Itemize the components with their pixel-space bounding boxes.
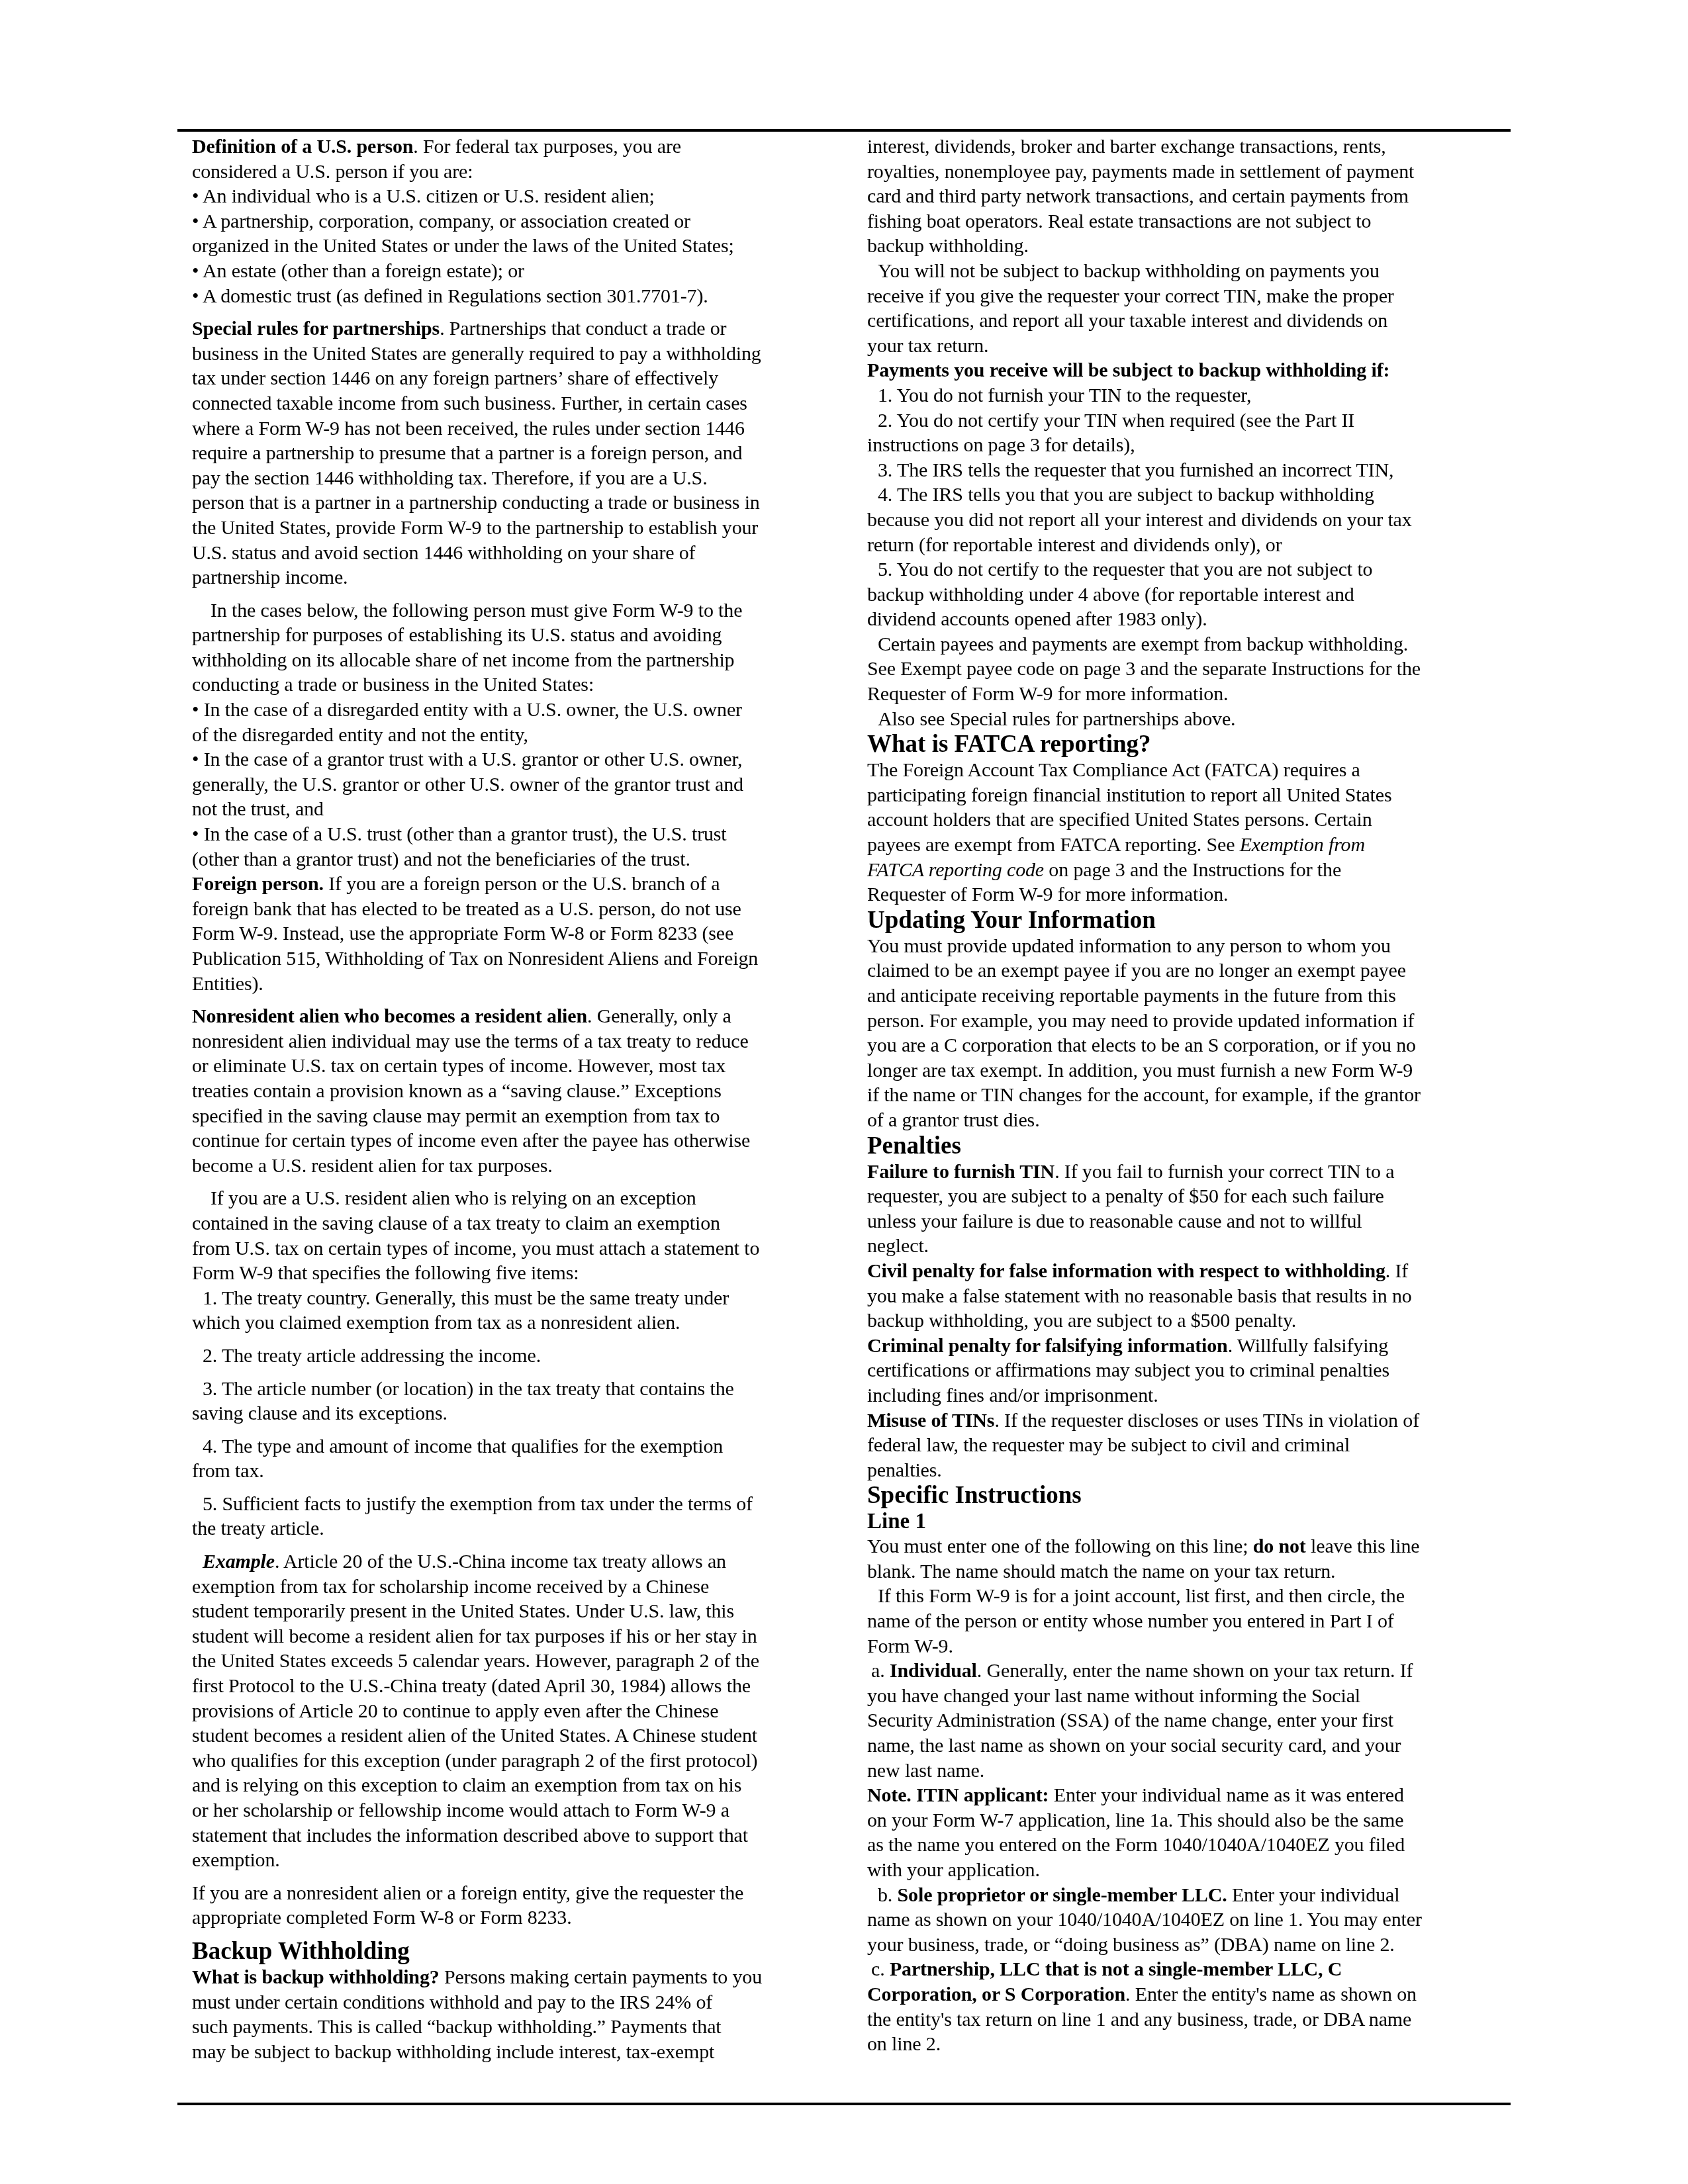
text: . If the requester discloses or uses TIN… — [994, 1410, 1419, 1432]
text-line: interest, dividends, broker and barter e… — [867, 134, 1519, 159]
text-line: if the name or TIN changes for the accou… — [867, 1083, 1519, 1108]
text-line: person. For example, you may need to pro… — [867, 1009, 1519, 1034]
text-line: contained in the saving clause of a tax … — [192, 1211, 844, 1236]
text-line: claimed to be an exempt payee if you are… — [867, 958, 1519, 983]
text-line: certifications or affirmations may subje… — [867, 1358, 1519, 1383]
exempt-section: Certain payees and payments are exempt f… — [867, 632, 1519, 731]
text-line: participating foreign financial institut… — [867, 783, 1519, 808]
text-line: of a grantor trust dies. — [867, 1108, 1519, 1133]
right-column: interest, dividends, broker and barter e… — [867, 134, 1519, 2057]
text-line: become a U.S. resident alien for tax pur… — [192, 1154, 844, 1179]
bullet-item: • An individual who is a U.S. citizen or… — [192, 184, 844, 209]
text-line: name of the person or entity whose numbe… — [867, 1609, 1519, 1634]
text-line: treaties contain a provision known as a … — [192, 1079, 844, 1104]
line1-heading: Line 1 — [867, 1509, 1519, 1534]
text: . Generally, only a — [587, 1005, 731, 1027]
sole-proprietor-section: b. Sole proprietor or single-member LLC.… — [867, 1883, 1519, 1958]
updating-heading: Updating Your Information — [867, 907, 1519, 934]
text-line: Requester of Form W-9 for more informati… — [867, 882, 1519, 907]
numbered-item: 1. You do not furnish your TIN to the re… — [867, 383, 1519, 408]
text-line: considered a U.S. person if you are: — [192, 159, 844, 185]
do-not-emphasis: do not — [1253, 1535, 1306, 1557]
text-line: saving clause and its exceptions. — [192, 1401, 844, 1426]
text-line: student will become a resident alien for… — [192, 1624, 844, 1649]
text-line: including fines and/or imprisonment. — [867, 1383, 1519, 1408]
text-line: the entity's tax return on line 1 and an… — [867, 2007, 1519, 2032]
numbered-item: 3. The IRS tells the requester that you … — [867, 458, 1519, 483]
text-line: connected taxable income from such busin… — [192, 391, 844, 416]
text-line: Also see Special rules for partnerships … — [867, 707, 1519, 732]
text: Persons making certain payments to you — [440, 1966, 762, 1988]
misuse-title: Misuse of TINs — [867, 1410, 994, 1432]
text-line: person that is a partner in a partnershi… — [192, 490, 844, 516]
text-line: require a partnership to presume that a … — [192, 441, 844, 466]
text-line: tax under section 1446 on any foreign pa… — [192, 366, 844, 391]
example-section: Example. Article 20 of the U.S.-China in… — [192, 1549, 844, 1873]
text: You must enter one of the following on t… — [867, 1535, 1253, 1557]
text-line: on your Form W-7 application, line 1a. T… — [867, 1808, 1519, 1833]
text-line: from tax. — [192, 1459, 844, 1484]
numbered-item: 2. You do not certify your TIN when requ… — [867, 408, 1519, 433]
bullet-item: • A partnership, corporation, company, o… — [192, 209, 844, 234]
text-line: you have changed your last name without … — [867, 1684, 1519, 1709]
text: If you are a foreign person or the U.S. … — [324, 873, 720, 895]
subject-items: 1. You do not furnish your TIN to the re… — [867, 383, 1519, 632]
text-line: return (for reportable interest and divi… — [867, 533, 1519, 558]
text-line: partnership income. — [192, 565, 844, 590]
misuse-section: Misuse of TINs. If the requester disclos… — [867, 1408, 1519, 1483]
criminal-section: Criminal penalty for falsifying informat… — [867, 1334, 1519, 1408]
text-line: first Protocol to the U.S.-China treaty … — [192, 1674, 844, 1699]
text: . For federal tax purposes, you are — [413, 136, 681, 158]
text-line: Form W-9. Instead, use the appropriate F… — [192, 921, 844, 946]
text-line: If you are a nonresident alien or a fore… — [192, 1881, 844, 1906]
text-line: account holders that are specified Unite… — [867, 807, 1519, 833]
text: . Partnerships that conduct a trade or — [440, 318, 726, 340]
text: . If you fail to furnish your correct TI… — [1055, 1161, 1394, 1183]
text: c. — [871, 1958, 890, 1980]
text-line: specified in the saving clause may permi… — [192, 1104, 844, 1129]
civil-title: Civil penalty for false information with… — [867, 1260, 1385, 1282]
text-line: If you are a U.S. resident alien who is … — [192, 1186, 844, 1211]
partnerships-section: Special rules for partnerships. Partners… — [192, 316, 844, 590]
text-line: partnership for purposes of establishing… — [192, 623, 844, 648]
text-line: exemption from tax for scholarship incom… — [192, 1574, 844, 1600]
updating-section: You must provide updated information to … — [867, 934, 1519, 1133]
text-line: or her scholarship or fellowship income … — [192, 1798, 844, 1823]
backup-continued: interest, dividends, broker and barter e… — [867, 134, 1519, 259]
penalties-heading: Penalties — [867, 1133, 1519, 1160]
text-line: requester, you are subject to a penalty … — [867, 1184, 1519, 1209]
text: . Generally, enter the name shown on you… — [977, 1660, 1413, 1682]
failure-section: Failure to furnish TIN. If you fail to f… — [867, 1160, 1519, 1259]
text-line: you are a C corporation that elects to b… — [867, 1033, 1519, 1058]
text-line: statement that includes the information … — [192, 1823, 844, 1848]
partnership-llc-title: Partnership, LLC that is not a single-me… — [890, 1958, 1342, 1980]
text-line: your business, trade, or “doing business… — [867, 1933, 1519, 1958]
sole-proprietor-title: Sole proprietor or single-member LLC. — [898, 1884, 1227, 1906]
fatca-section: The Foreign Account Tax Compliance Act (… — [867, 758, 1519, 907]
text-line: appropriate completed Form W-8 or Form 8… — [192, 1905, 844, 1931]
text: a. — [871, 1660, 890, 1682]
text-line: provisions of Article 20 to continue to … — [192, 1699, 844, 1724]
text-line: on line 2. — [867, 2032, 1519, 2057]
not-subject-section: You will not be subject to backup withho… — [867, 259, 1519, 358]
text: . Enter the entity's name as shown on — [1125, 1983, 1417, 2005]
text-line: (other than a grantor trust) and not the… — [192, 847, 844, 872]
numbered-item: 4. The IRS tells you that you are subjec… — [867, 482, 1519, 508]
text-line: continue for certain types of income eve… — [192, 1128, 844, 1154]
left-column: Definition of a U.S. person. For federal… — [192, 134, 844, 2064]
backup-withholding-heading: Backup Withholding — [192, 1938, 844, 1965]
bullet-item: • In the case of a grantor trust with a … — [192, 747, 844, 772]
text: . Article 20 of the U.S.-China income ta… — [275, 1551, 726, 1572]
text-line: Security Administration (SSA) of the nam… — [867, 1708, 1519, 1733]
numbered-item: 2. The treaty article addressing the inc… — [192, 1343, 844, 1369]
text-line: with your application. — [867, 1858, 1519, 1883]
us-person-title: Definition of a U.S. person — [192, 136, 413, 158]
text-line: backup withholding. — [867, 234, 1519, 259]
subject-if-title: Payments you receive will be subject to … — [867, 359, 1389, 381]
nonresident-title: Nonresident alien who becomes a resident… — [192, 1005, 587, 1027]
text-line: or eliminate U.S. tax on certain types o… — [192, 1054, 844, 1079]
individual-section: a. Individual. Generally, enter the name… — [867, 1659, 1519, 1783]
nonresident-entity-section: If you are a nonresident alien or a fore… — [192, 1881, 844, 1931]
text: b. — [878, 1884, 898, 1906]
text-line: which you claimed exemption from tax as … — [192, 1310, 844, 1336]
partnership-llc-section: c. Partnership, LLC that is not a single… — [867, 1957, 1519, 2056]
text-line: where a Form W-9 has not been received, … — [192, 416, 844, 441]
text: Enter your individual name as it was ent… — [1049, 1784, 1403, 1806]
bottom-rule — [177, 2103, 1511, 2105]
text-line: longer are tax exempt. In addition, you … — [867, 1058, 1519, 1083]
text-line: conducting a trade or business in the Un… — [192, 672, 844, 698]
text-line: fishing boat operators. Real estate tran… — [867, 209, 1519, 234]
itin-section: Note. ITIN applicant: Enter your individ… — [867, 1783, 1519, 1882]
text-line: not the trust, and — [192, 797, 844, 822]
text-line: penalties. — [867, 1458, 1519, 1483]
bullet-item: • An estate (other than a foreign estate… — [192, 259, 844, 284]
text-line: receive if you give the requester your c… — [867, 284, 1519, 309]
fatca-heading: What is FATCA reporting? — [867, 731, 1519, 758]
text-line: Entities). — [192, 972, 844, 997]
text: Enter your individual — [1227, 1884, 1400, 1906]
text: . If — [1385, 1260, 1408, 1282]
text-line: name, the last name as shown on your soc… — [867, 1733, 1519, 1758]
text-line: dividend accounts opened after 1983 only… — [867, 607, 1519, 632]
bullet-item: • A domestic trust (as defined in Regula… — [192, 284, 844, 309]
text-line: You will not be subject to backup withho… — [867, 259, 1519, 284]
numbered-item: 3. The article number (or location) in t… — [192, 1377, 844, 1402]
text-line: must under certain conditions withhold a… — [192, 1990, 844, 2015]
text-line: instructions on page 3 for details), — [867, 433, 1519, 458]
text-line: foreign bank that has elected to be trea… — [192, 897, 844, 922]
text-line: business in the United States are genera… — [192, 341, 844, 367]
text-line: such payments. This is called “backup wi… — [192, 2015, 844, 2040]
partnerships-title: Special rules for partnerships — [192, 318, 440, 340]
line1-section: You must enter one of the following on t… — [867, 1534, 1519, 1659]
text-line: of the disregarded entity and not the en… — [192, 723, 844, 748]
text-line: See Exempt payee code on page 3 and the … — [867, 657, 1519, 682]
numbered-item: 4. The type and amount of income that qu… — [192, 1434, 844, 1459]
text-line: your tax return. — [867, 334, 1519, 359]
text-line: student becomes a resident alien of the … — [192, 1723, 844, 1749]
text-line: generally, the U.S. grantor or other U.S… — [192, 772, 844, 797]
text-line: pay the section 1446 withholding tax. Th… — [192, 466, 844, 491]
text-line: Form W-9. — [867, 1634, 1519, 1659]
numbered-item: 5. You do not certify to the requester t… — [867, 557, 1519, 582]
nonresident-section: Nonresident alien who becomes a resident… — [192, 1004, 844, 1178]
fatca-ref-italic: Exemption from — [1240, 834, 1365, 856]
numbered-item: 1. The treaty country. Generally, this m… — [192, 1286, 844, 1311]
text-line: and anticipate receiving reportable paym… — [867, 983, 1519, 1009]
text-line: You must provide updated information to … — [867, 934, 1519, 959]
numbered-item: 5. Sufficient facts to justify the exemp… — [192, 1492, 844, 1517]
text-line: backup withholding under 4 above (for re… — [867, 582, 1519, 608]
text-line: exemption. — [192, 1848, 844, 1873]
text-line: nonresident alien individual may use the… — [192, 1029, 844, 1054]
partnership-llc-title-cont: Corporation, or S Corporation — [867, 1983, 1125, 2005]
criminal-title: Criminal penalty for falsifying informat… — [867, 1335, 1228, 1357]
text-line: the treaty article. — [192, 1516, 844, 1541]
text-line: Certain payees and payments are exempt f… — [867, 632, 1519, 657]
resident-alien-section: If you are a U.S. resident alien who is … — [192, 1186, 844, 1541]
text-line: certifications, and report all your taxa… — [867, 308, 1519, 334]
backup-what-section: What is backup withholding? Persons maki… — [192, 1965, 844, 2064]
text-line: the United States exceeds 5 calendar yea… — [192, 1649, 844, 1674]
text-line: backup withholding, you are subject to a… — [867, 1308, 1519, 1334]
text-line: federal law, the requester may be subjec… — [867, 1433, 1519, 1458]
text-line: blank. The name should match the name on… — [867, 1559, 1519, 1584]
text-line: as the name you entered on the Form 1040… — [867, 1833, 1519, 1858]
text-line: who qualifies for this exception (under … — [192, 1749, 844, 1774]
text-line: The Foreign Account Tax Compliance Act (… — [867, 758, 1519, 783]
top-rule — [177, 129, 1511, 132]
text-line: Publication 515, Withholding of Tax on N… — [192, 946, 844, 972]
text-line: name as shown on your 1040/1040A/1040EZ … — [867, 1907, 1519, 1933]
text-line: card and third party network transaction… — [867, 184, 1519, 209]
example-label: Example — [203, 1551, 275, 1572]
text-line: you make a false statement with no reaso… — [867, 1284, 1519, 1309]
foreign-person-section: Foreign person. If you are a foreign per… — [192, 872, 844, 996]
text-line: withholding on its allocable share of ne… — [192, 648, 844, 673]
text-line: royalties, nonemployee pay, payments mad… — [867, 159, 1519, 185]
text-line: Requester of Form W-9 for more informati… — [867, 682, 1519, 707]
text: payees are exempt from FATCA reporting. … — [867, 834, 1240, 856]
fatca-ref-italic: FATCA reporting code — [867, 859, 1044, 881]
text: on page 3 and the Instructions for the — [1044, 859, 1341, 881]
bullet-item: • In the case of a U.S. trust (other tha… — [192, 822, 844, 847]
text-line: In the cases below, the following person… — [192, 598, 844, 623]
text-line: neglect. — [867, 1234, 1519, 1259]
text-line: because you did not report all your inte… — [867, 508, 1519, 533]
text-line: from U.S. tax on certain types of income… — [192, 1236, 844, 1261]
individual-title: Individual — [890, 1660, 977, 1682]
text-line: new last name. — [867, 1758, 1519, 1784]
foreign-person-title: Foreign person. — [192, 873, 324, 895]
text-line: and is relying on this exception to clai… — [192, 1773, 844, 1798]
cases-section: In the cases below, the following person… — [192, 598, 844, 872]
us-person-lead: Definition of a U.S. person. For federal… — [192, 134, 844, 159]
text-line: student temporarily present in the Unite… — [192, 1599, 844, 1624]
text-line: Form W-9 that specifies the following fi… — [192, 1261, 844, 1286]
text-line: the United States, provide Form W-9 to t… — [192, 516, 844, 541]
failure-title: Failure to furnish TIN — [867, 1161, 1055, 1183]
us-person-section: Definition of a U.S. person. For federal… — [192, 134, 844, 308]
specific-instructions-heading: Specific Instructions — [867, 1482, 1519, 1509]
text: . Willfully falsifying — [1228, 1335, 1388, 1357]
text-line: If this Form W-9 is for a joint account,… — [867, 1584, 1519, 1609]
bullet-item: • In the case of a disregarded entity wi… — [192, 698, 844, 723]
itin-title: Note. ITIN applicant: — [867, 1784, 1049, 1806]
text-line: unless your failure is due to reasonable… — [867, 1209, 1519, 1234]
text: leave this line — [1306, 1535, 1420, 1557]
bullet-item-cont: organized in the United States or under … — [192, 234, 844, 259]
backup-what-title: What is backup withholding? — [192, 1966, 440, 1988]
text-line: may be subject to backup withholding inc… — [192, 2040, 844, 2065]
civil-section: Civil penalty for false information with… — [867, 1259, 1519, 1334]
text-line: U.S. status and avoid section 1446 withh… — [192, 541, 844, 566]
